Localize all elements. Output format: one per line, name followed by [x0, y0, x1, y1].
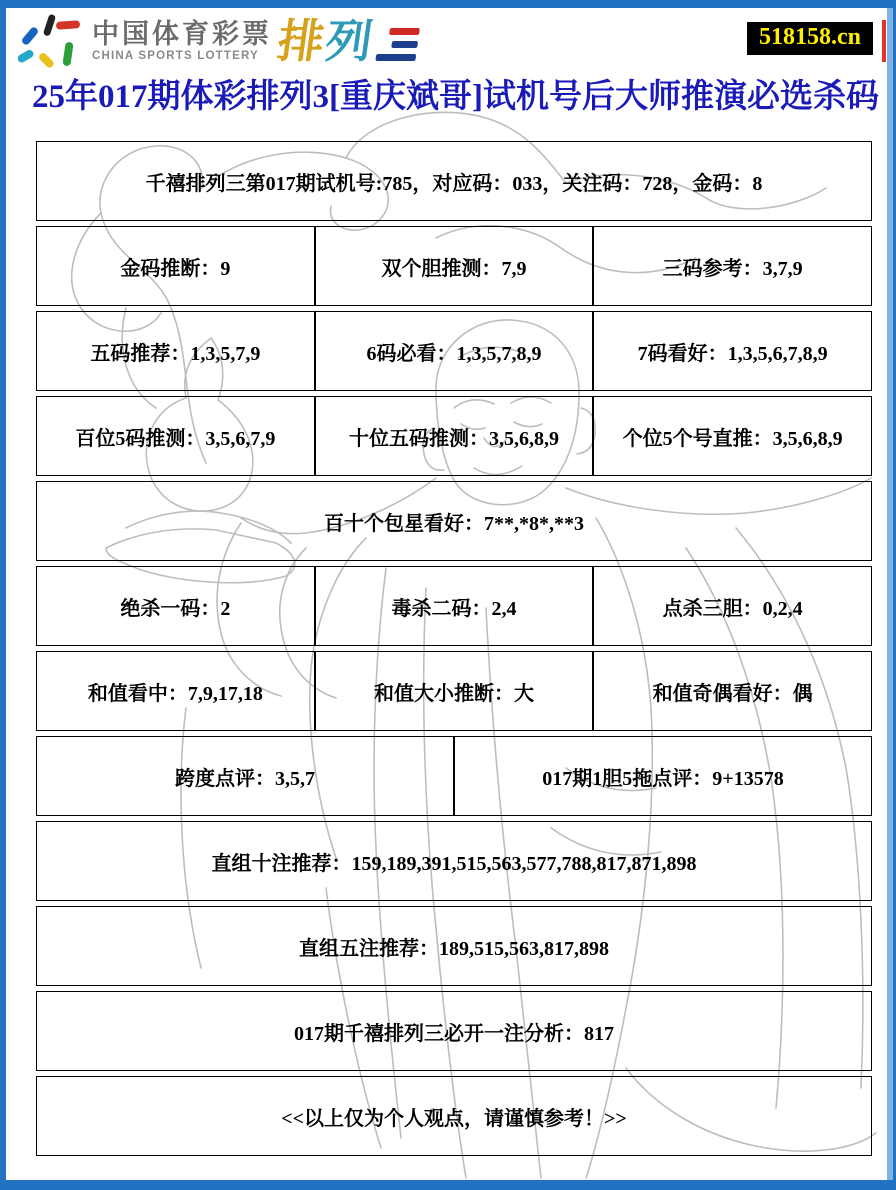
- double-dan-cell: 双个胆推测：7,9: [315, 226, 594, 306]
- table-row: 直组十注推荐：159,189,391,515,563,577,788,817,8…: [36, 821, 872, 901]
- table-row: <<以上仅为个人观点，请谨慎参考！>>: [36, 1076, 872, 1156]
- hundreds-cell: 百位5码推测：3,5,6,7,9: [36, 396, 315, 476]
- gold-code-cell: 金码推断：9: [36, 226, 315, 306]
- star-pattern-cell: 百十个包星看好：7**,*8*,**3: [36, 481, 872, 561]
- table-row: 绝杀一码：2 毒杀二码：2,4 点杀三胆：0,2,4: [36, 566, 872, 646]
- page: 中国体育彩票 CHINA SPORTS LOTTERY 排 列 518158.c…: [6, 8, 893, 1180]
- five-code-cell: 五码推荐：1,3,5,7,9: [36, 311, 315, 391]
- span-cell: 跨度点评：3,5,7: [36, 736, 454, 816]
- table-row: 金码推断：9 双个胆推测：7,9 三码参考：3,7,9: [36, 226, 872, 306]
- table-row: 017期千禧排列三必开一注分析：817: [36, 991, 872, 1071]
- page-frame: 中国体育彩票 CHINA SPORTS LOTTERY 排 列 518158.c…: [0, 0, 896, 1190]
- sum-size-cell: 和值大小推断：大: [315, 651, 594, 731]
- dan-tuo-cell: 017期1胆5拖点评：9+13578: [454, 736, 872, 816]
- site-header: 中国体育彩票 CHINA SPORTS LOTTERY 排 列: [18, 12, 418, 72]
- table-row: 千禧排列三第017期试机号:785，对应码：033，关注码：728，金码：8: [36, 141, 872, 221]
- table-row: 百位5码推测：3,5,6,7,9 十位五码推测：3,5,6,8,9 个位5个号直…: [36, 396, 872, 476]
- table-row: 跨度点评：3,5,7 017期1胆5拖点评：9+13578: [36, 736, 872, 816]
- brand-text: 中国体育彩票 CHINA SPORTS LOTTERY: [92, 21, 272, 63]
- table-row: 直组五注推荐：189,515,563,817,898: [36, 906, 872, 986]
- page-title: 25年017期体彩排列3[重庆斌哥]试机号后大师推演必选杀码: [32, 70, 878, 117]
- site-badge: 518158.cn: [747, 22, 873, 55]
- ten-picks-cell: 直组十注推荐：159,189,391,515,563,577,788,817,8…: [36, 821, 872, 901]
- test-number-cell: 千禧排列三第017期试机号:785，对应码：033，关注码：728，金码：8: [36, 141, 872, 221]
- brand-name-cn: 中国体育彩票: [92, 21, 272, 48]
- kill-one-cell: 绝杀一码：2: [36, 566, 315, 646]
- tens-cell: 十位五码推测：3,5,6,8,9: [315, 396, 594, 476]
- six-code-cell: 6码必看：1,3,5,7,8,9: [315, 311, 594, 391]
- table-row: 百十个包星看好：7**,*8*,**3: [36, 481, 872, 561]
- five-picks-cell: 直组五注推荐：189,515,563,817,898: [36, 906, 872, 986]
- kill-two-cell: 毒杀二码：2,4: [315, 566, 594, 646]
- product-char-pai: 排: [275, 19, 327, 65]
- product-logo-pailiesan: 排 列: [275, 19, 421, 65]
- disclaimer-cell: <<以上仅为个人观点，请谨慎参考！>>: [36, 1076, 872, 1156]
- units-cell: 个位5个号直推：3,5,6,8,9: [593, 396, 872, 476]
- sum-value-cell: 和值看中：7,9,17,18: [36, 651, 315, 731]
- three-code-cell: 三码参考：3,7,9: [593, 226, 872, 306]
- red-accent-strip: [882, 20, 886, 62]
- brand-name-en: CHINA SPORTS LOTTERY: [92, 51, 272, 63]
- seven-code-cell: 7码看好：1,3,5,6,7,8,9: [593, 311, 872, 391]
- kill-three-cell: 点杀三胆：0,2,4: [593, 566, 872, 646]
- product-char-lie: 列: [323, 19, 375, 65]
- sum-parity-cell: 和值奇偶看好：偶: [593, 651, 872, 731]
- single-pick-cell: 017期千禧排列三必开一注分析：817: [36, 991, 872, 1071]
- china-sports-lottery-logo-icon: [18, 12, 84, 72]
- table-row: 五码推荐：1,3,5,7,9 6码必看：1,3,5,7,8,9 7码看好：1,3…: [36, 311, 872, 391]
- product-char-san-bars: [375, 28, 420, 61]
- prediction-table: 千禧排列三第017期试机号:785，对应码：033，关注码：728，金码：8 金…: [36, 141, 872, 1156]
- table-row: 和值看中：7,9,17,18 和值大小推断：大 和值奇偶看好：偶: [36, 651, 872, 731]
